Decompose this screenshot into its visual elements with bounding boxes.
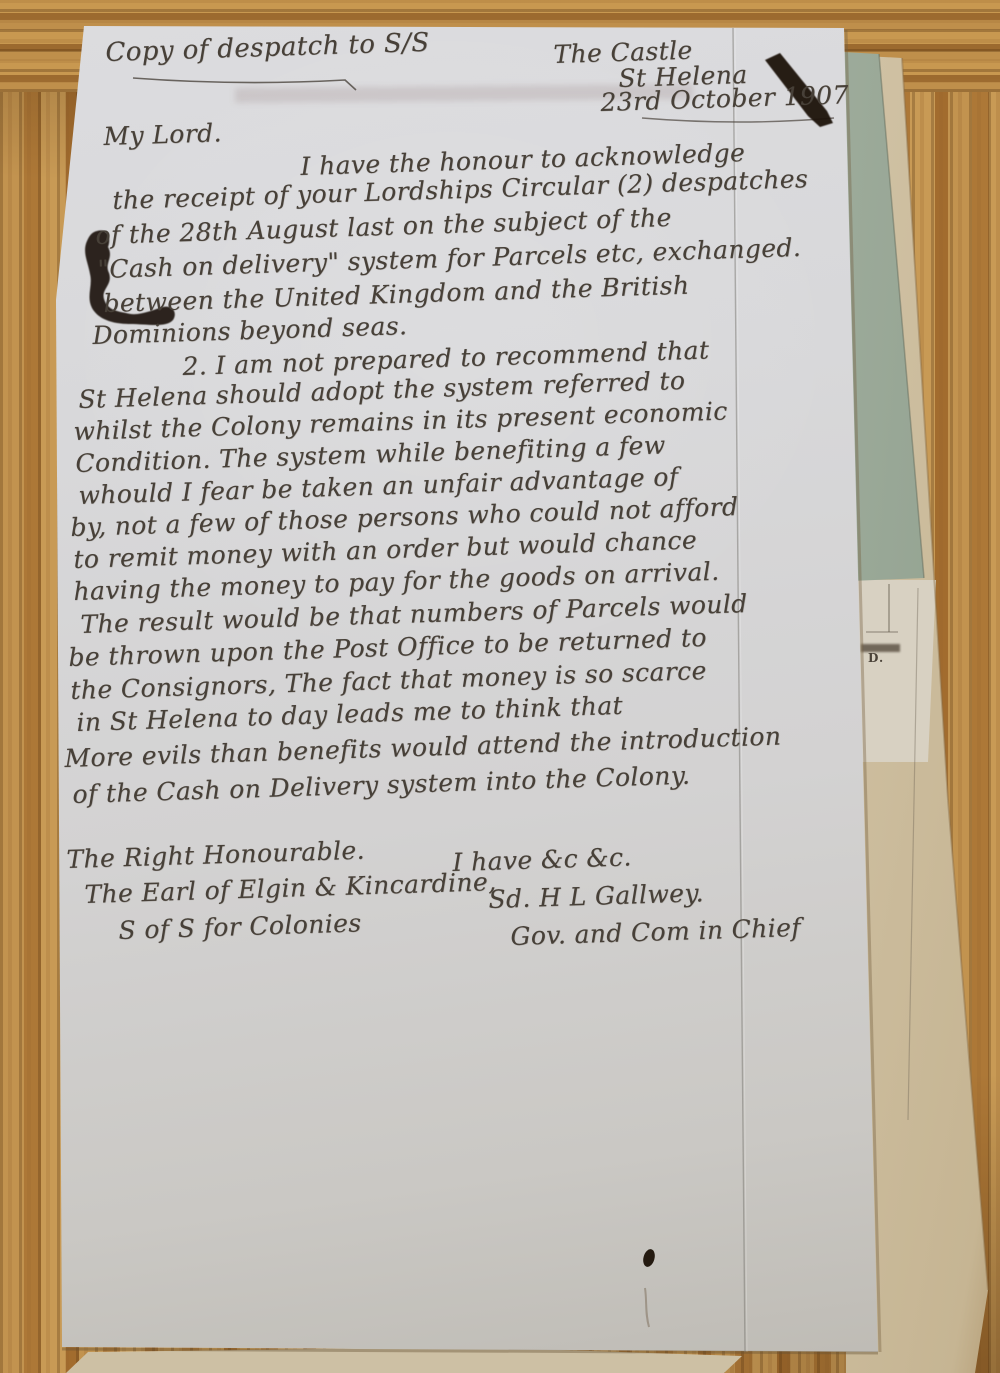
stack-edge-shadow-lower <box>948 800 988 1290</box>
date-underline <box>642 118 834 122</box>
crease-line <box>733 28 745 1352</box>
salutation: My Lord. <box>103 118 222 151</box>
stack-edge-shadow-upper <box>902 58 948 800</box>
ink-dot <box>641 1248 656 1268</box>
photo-background: { "letter": { "header": { "annotation": … <box>0 0 1000 1373</box>
sheet-right-edge-shadow <box>846 30 880 1352</box>
valediction: I have &c &c. <box>452 842 632 877</box>
sheet-bottom-edge-shadow <box>62 1349 878 1353</box>
ink-streak <box>645 1288 649 1327</box>
form-rule-vertical-long <box>908 588 918 1120</box>
annotation-underline <box>133 78 356 90</box>
crease-highlight <box>735 28 747 1352</box>
